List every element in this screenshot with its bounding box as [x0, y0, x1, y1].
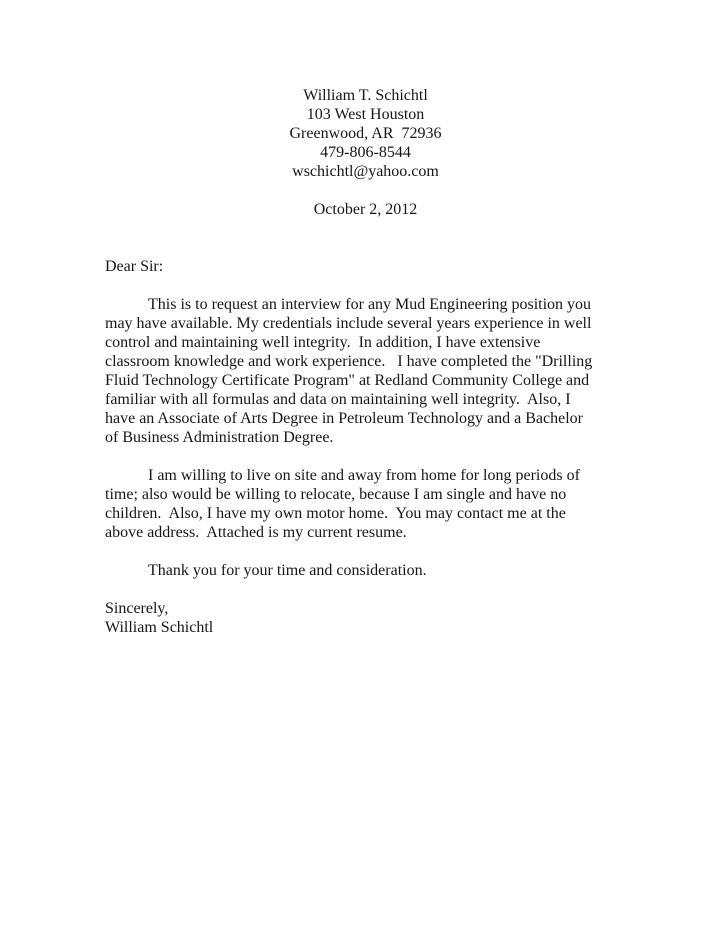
- spacer: [105, 542, 628, 561]
- paragraph-line: children. Also, I have my own motor home…: [105, 504, 628, 523]
- closing-block: Sincerely, William Schichtl: [105, 599, 628, 637]
- sender-email: wschichtl@yahoo.com: [103, 162, 628, 181]
- paragraph-line: of Business Administration Degree.: [105, 428, 628, 447]
- letter-page: William T. Schichtl 103 West Houston Gre…: [0, 0, 728, 943]
- signature-name: William Schichtl: [105, 618, 628, 637]
- salutation: Dear Sir:: [105, 257, 628, 276]
- paragraph-line: have an Associate of Arts Degree in Petr…: [105, 409, 628, 428]
- spacer: [105, 447, 628, 466]
- sender-name: William T. Schichtl: [103, 86, 628, 105]
- spacer: [105, 276, 628, 295]
- sender-phone: 479-806-8544: [103, 143, 628, 162]
- paragraph-line: classroom knowledge and work experience.…: [105, 352, 628, 371]
- date-block: October 2, 2012: [103, 200, 628, 219]
- paragraph-line: time; also would be willing to relocate,…: [105, 485, 628, 504]
- closing: Sincerely,: [105, 599, 628, 618]
- paragraph-line: I am willing to live on site and away fr…: [105, 466, 628, 485]
- paragraph-line: above address. Attached is my current re…: [105, 523, 628, 542]
- paragraph-line: familiar with all formulas and data on m…: [105, 390, 628, 409]
- paragraph-line: Thank you for your time and consideratio…: [105, 561, 628, 580]
- spacer: [105, 580, 628, 599]
- paragraph-line: This is to request an interview for any …: [105, 295, 628, 314]
- sender-address-street: 103 West Houston: [103, 105, 628, 124]
- paragraph-line: Fluid Technology Certificate Program" at…: [105, 371, 628, 390]
- sender-address-city: Greenwood, AR 72936: [103, 124, 628, 143]
- sender-block: William T. Schichtl 103 West Houston Gre…: [103, 86, 628, 181]
- spacer: [105, 181, 628, 200]
- paragraph-line: may have available. My credentials inclu…: [105, 314, 628, 333]
- paragraph-credentials: This is to request an interview for any …: [105, 295, 628, 447]
- spacer: [105, 219, 628, 257]
- paragraph-availability: I am willing to live on site and away fr…: [105, 466, 628, 542]
- paragraph-thanks: Thank you for your time and consideratio…: [105, 561, 628, 580]
- letter-date: October 2, 2012: [103, 200, 628, 219]
- paragraph-line: control and maintaining well integrity. …: [105, 333, 628, 352]
